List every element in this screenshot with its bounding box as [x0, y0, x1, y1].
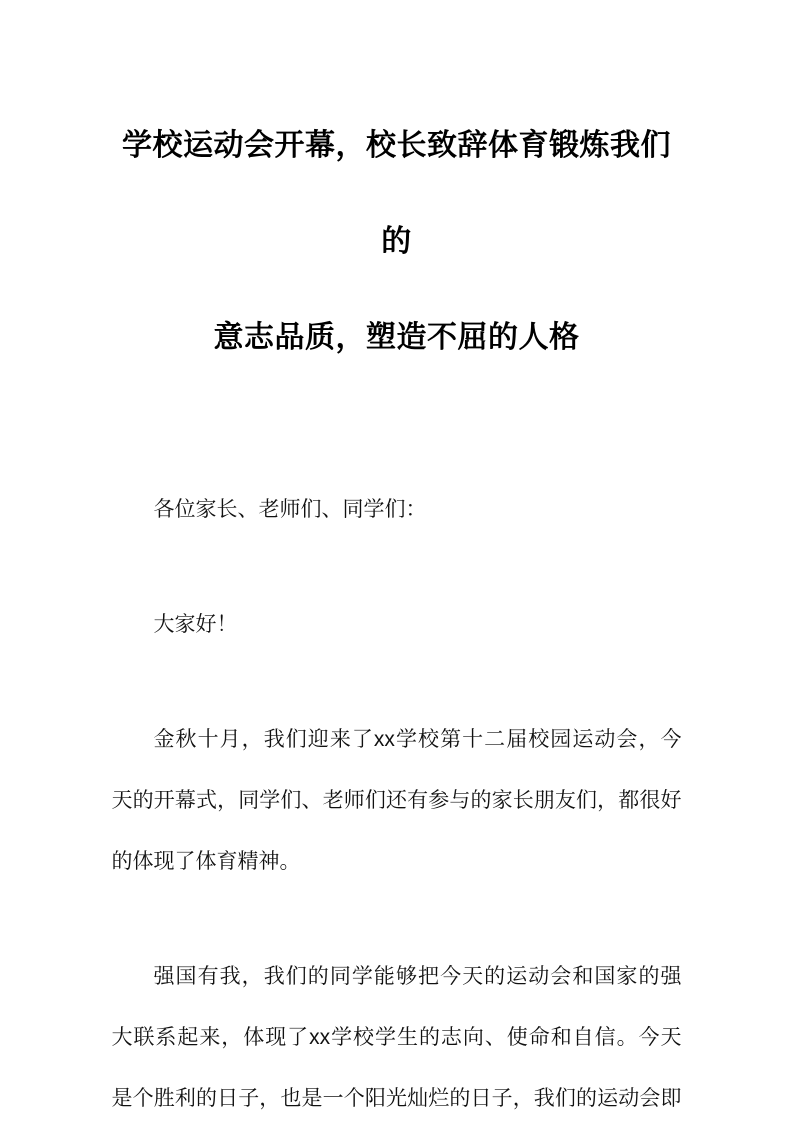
paragraph-greeting: 大家好！ — [112, 594, 682, 655]
paragraph-line: 各位家长、老师们、同学们： — [112, 479, 682, 540]
title-line-1: 学校运动会开幕，校长致辞体育锻炼我们的 — [112, 98, 682, 290]
paragraph-salutation: 各位家长、老师们、同学们： — [112, 479, 682, 540]
paragraph-line: 天的开幕式，同学们、老师们还有参与的家长朋友们，都很好 — [112, 770, 682, 831]
title-line-2: 意志品质，塑造不屈的人格 — [112, 290, 682, 386]
paragraph-line: 大家好！ — [112, 594, 682, 655]
paragraph-line: 金秋十月，我们迎来了xx学校第十二届校园运动会，今 — [112, 709, 682, 770]
document-page: 学校运动会开幕，校长致辞体育锻炼我们的 意志品质，塑造不屈的人格 各位家长、老师… — [0, 0, 793, 1122]
paragraph-line: 的体现了体育精神。 — [112, 831, 682, 892]
document-title: 学校运动会开幕，校长致辞体育锻炼我们的 意志品质，塑造不屈的人格 — [112, 0, 682, 386]
paragraph-body-2: 强国有我，我们的同学能够把今天的运动会和国家的强 大联系起来，体现了xx学校学生… — [112, 946, 682, 1122]
paragraph-line: 强国有我，我们的同学能够把今天的运动会和国家的强 — [112, 946, 682, 1007]
document-body: 各位家长、老师们、同学们： 大家好！ 金秋十月，我们迎来了xx学校第十二届校园运… — [112, 479, 682, 1122]
paragraph-body-1: 金秋十月，我们迎来了xx学校第十二届校园运动会，今 天的开幕式，同学们、老师们还… — [112, 709, 682, 892]
paragraph-line: 是个胜利的日子，也是一个阳光灿烂的日子，我们的运动会即 — [112, 1068, 682, 1122]
paragraph-line: 大联系起来，体现了xx学校学生的志向、使命和自信。今天 — [112, 1007, 682, 1068]
document-content: 学校运动会开幕，校长致辞体育锻炼我们的 意志品质，塑造不屈的人格 各位家长、老师… — [112, 0, 682, 1122]
